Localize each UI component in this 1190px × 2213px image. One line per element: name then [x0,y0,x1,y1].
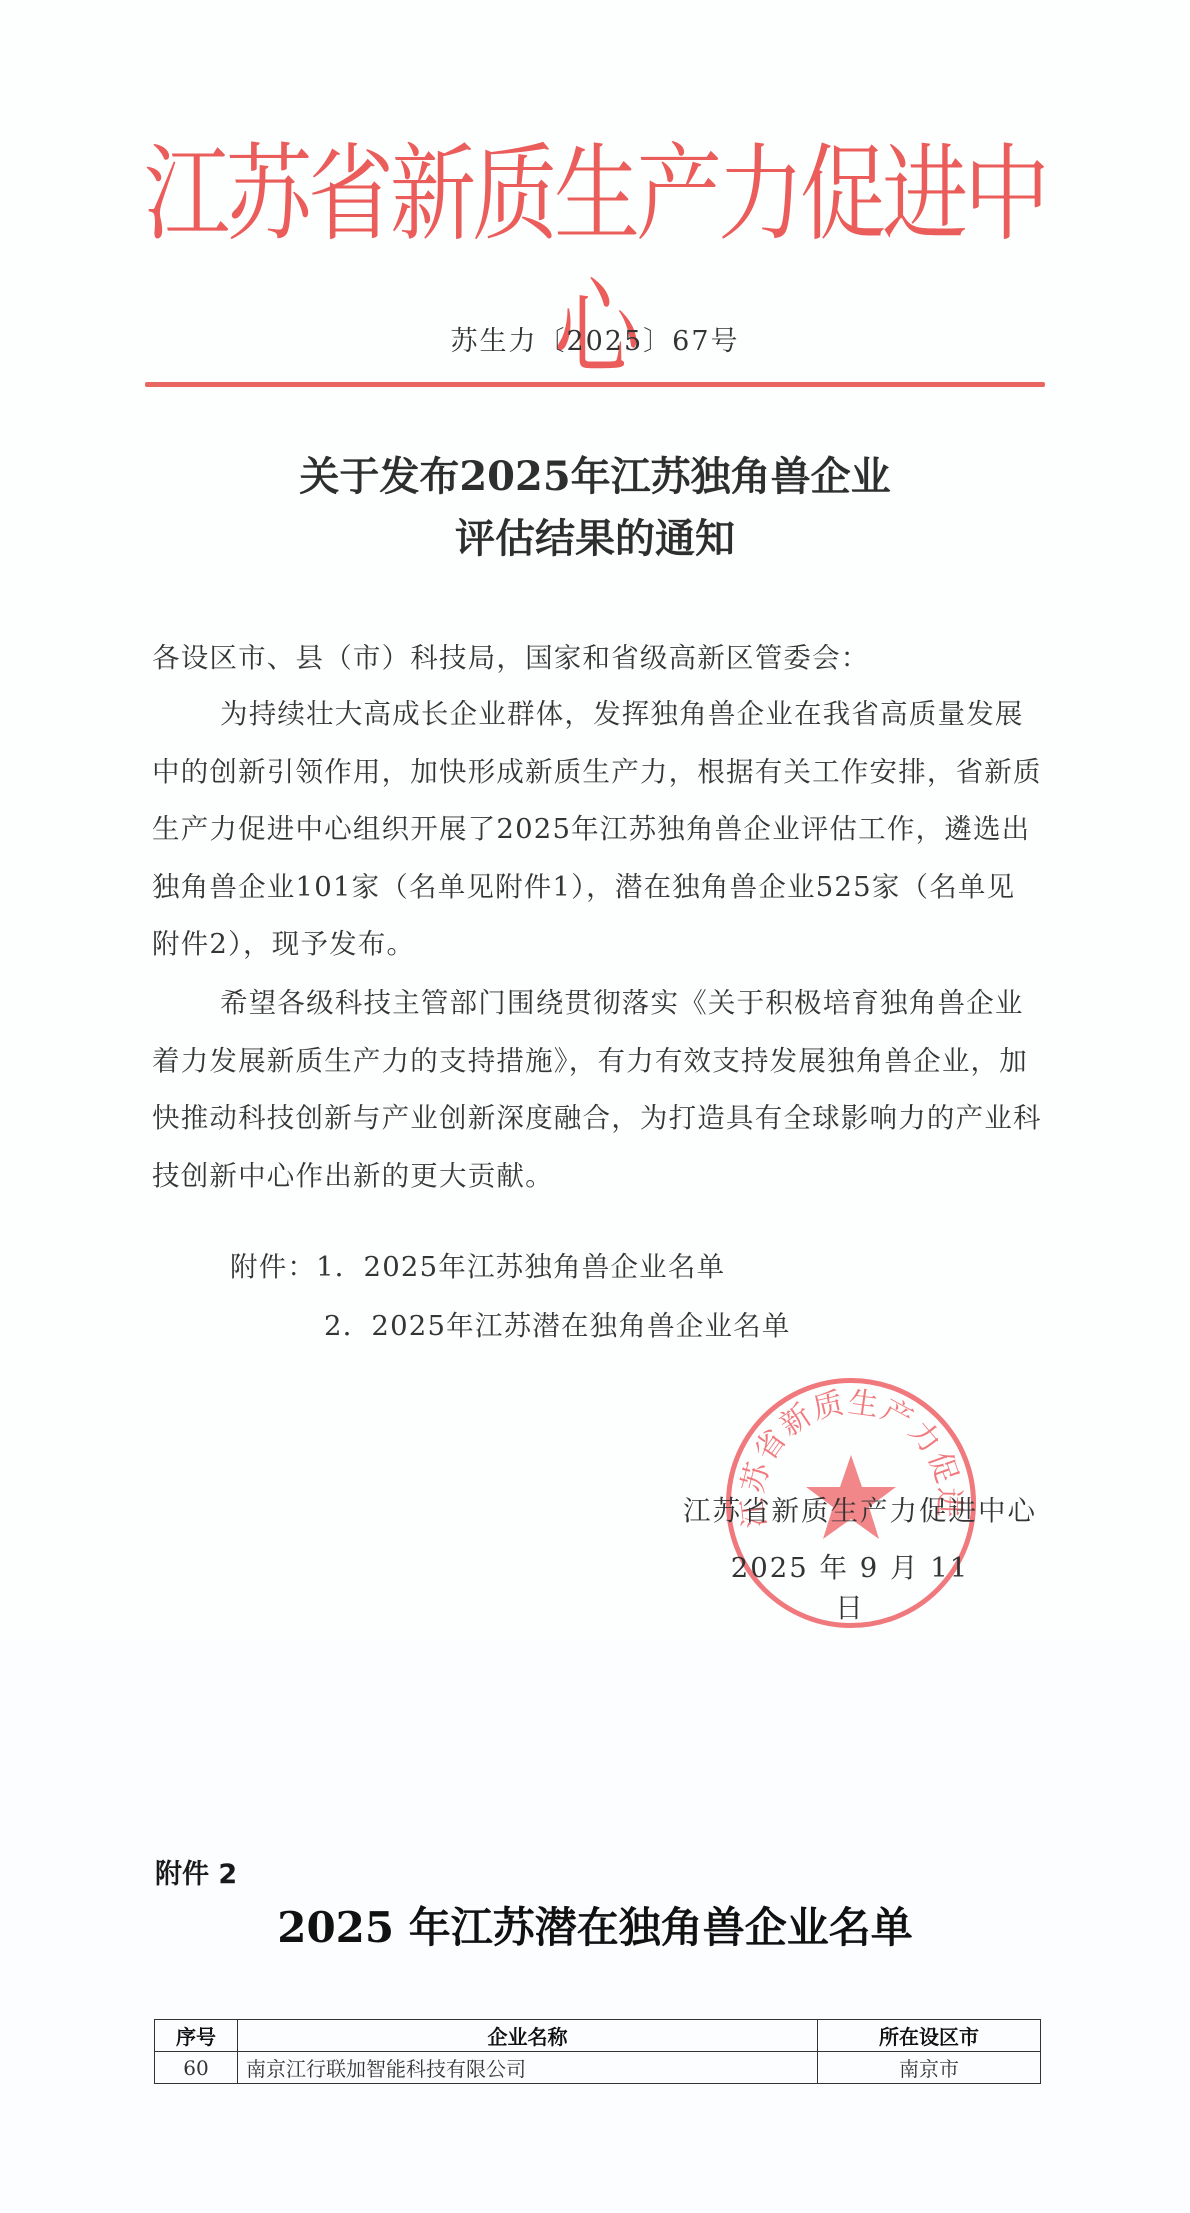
body-paragraph-1: 为持续壮大高成长企业群体，发挥独角兽企业在我省高质量发展中的创新引领作用，加快形… [152,686,1042,974]
row-city: 南京市 [818,2052,1041,2084]
row-company-name: 南京江行联加智能科技有限公司 [238,2052,818,2084]
list-title: 2025 年江苏潜在独角兽企业名单 [0,1898,1190,1958]
column-header-company: 企业名称 [238,2020,818,2052]
notice-title-line1: 关于发布2025年江苏独角兽企业 [0,446,1190,508]
table-header-row: 序号 企业名称 所在设区市 [155,2020,1041,2052]
salutation: 各设区市、县（市）科技局，国家和省级高新区管委会： [152,630,1042,688]
body-paragraph-2: 希望各级科技主管部门围绕贯彻落实《关于积极培育独角兽企业着力发展新质生产力的支持… [152,975,1042,1205]
notice-title-line2: 评估结果的通知 [0,508,1190,570]
attachment-item-2: 2．2025年江苏潜在独角兽企业名单 [324,1306,791,1346]
column-header-number: 序号 [155,2020,238,2052]
enterprise-table: 序号 企业名称 所在设区市 60 南京江行联加智能科技有限公司 南京市 [154,2019,1041,2084]
column-header-city: 所在设区市 [818,2020,1041,2052]
signature-date: 2025 年 9 月 11 日 [720,1545,980,1625]
notice-page: 江苏省新质生产力促进中心 苏生力〔2025〕67号 关于发布2025年江苏独角兽… [0,0,1190,1640]
red-divider [145,382,1045,387]
row-number: 60 [155,2052,238,2084]
document-number: 苏生力〔2025〕67号 [0,322,1190,362]
notice-title: 关于发布2025年江苏独角兽企业 评估结果的通知 [0,446,1190,570]
attachment-item-1: 附件：1．2025年江苏独角兽企业名单 [230,1247,725,1287]
table-row: 60 南京江行联加智能科技有限公司 南京市 [155,2052,1041,2084]
attachment-label: 附件 2 [155,1852,237,1891]
signature-organization: 江苏省新质生产力促进中心 [660,1488,1060,1528]
